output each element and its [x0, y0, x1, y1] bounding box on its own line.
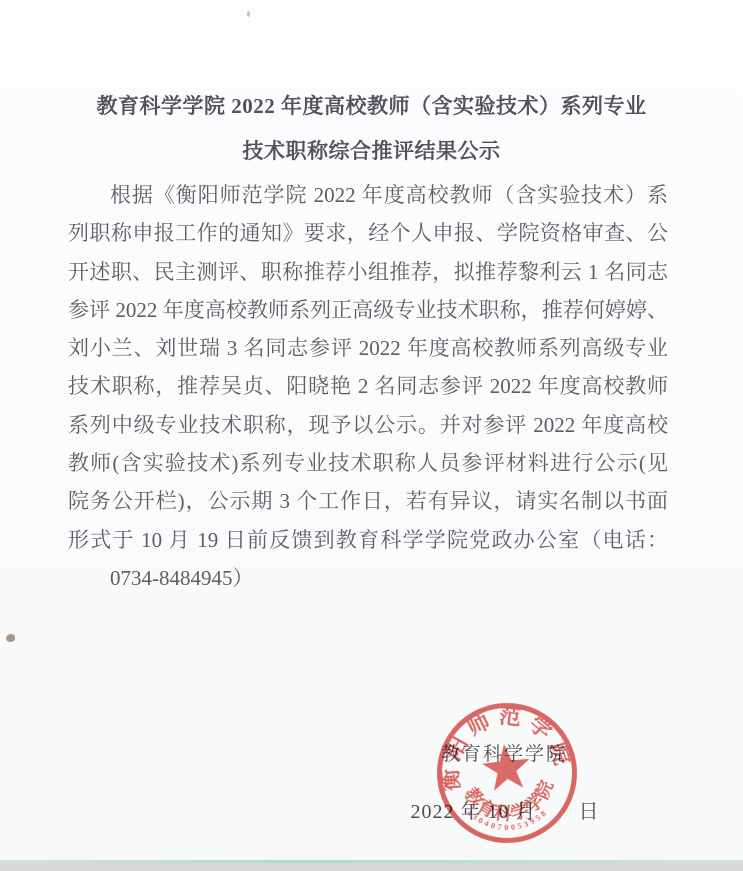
body-line: 系列中级专业技术职称，现予以公示。并对参评 2022 年度高校 [68, 406, 668, 444]
document-body: 根据《衡阳师范学院 2022 年度高校教师（含实验技术）系 列职称申报工作的通知… [0, 176, 668, 597]
body-line: 院务公开栏)，公示期 3 个工作日，若有异议，请实名制以书面 [68, 482, 668, 520]
body-line: 0734-8484945） [68, 559, 668, 597]
title-line-2: 技术职称综合推评结果公示 [0, 129, 743, 174]
body-line: 参评 2022 年度高校教师系列正高级专业技术职称，推荐何婷婷、 [68, 291, 668, 329]
document-title: 教育科学学院 2022 年度高校教师（含实验技术）系列专业 技术职称综合推评结果… [0, 84, 743, 174]
title-line-1: 教育科学学院 2022 年度高校教师（含实验技术）系列专业 [0, 84, 743, 129]
scanner-bed-strip [0, 863, 743, 871]
body-line: 形式于 10 月 19 日前反馈到教育科学学院党政办公室（电话： [68, 521, 668, 559]
body-line: 根据《衡阳师范学院 2022 年度高校教师（含实验技术）系 [68, 176, 668, 214]
seal-star-icon [480, 742, 532, 792]
body-line: 刘小兰、刘世瑞 3 名同志参评 2022 年度高校教师系列高级专业 [68, 329, 668, 367]
scan-speck [247, 11, 250, 17]
body-line: 技术职称，推荐吴贞、阳晓艳 2 名同志参评 2022 年度高校教师 [68, 367, 668, 405]
body-line: 开述职、民主测评、职称推荐小组推荐，拟推荐黎利云 1 名同志 [68, 253, 668, 291]
scan-speck [6, 634, 15, 642]
official-seal: 衡阳师范学院 教育科学学院 4304070053958 [412, 678, 601, 867]
scanned-document-page: 教育科学学院 2022 年度高校教师（含实验技术）系列专业 技术职称综合推评结果… [0, 0, 743, 871]
body-line: 教师(含实验技术)系列专业技术职称人员参评材料进行公示(见 [68, 444, 668, 482]
body-line: 列职称申报工作的通知》要求，经个人申报、学院资格审查、公 [68, 214, 668, 252]
